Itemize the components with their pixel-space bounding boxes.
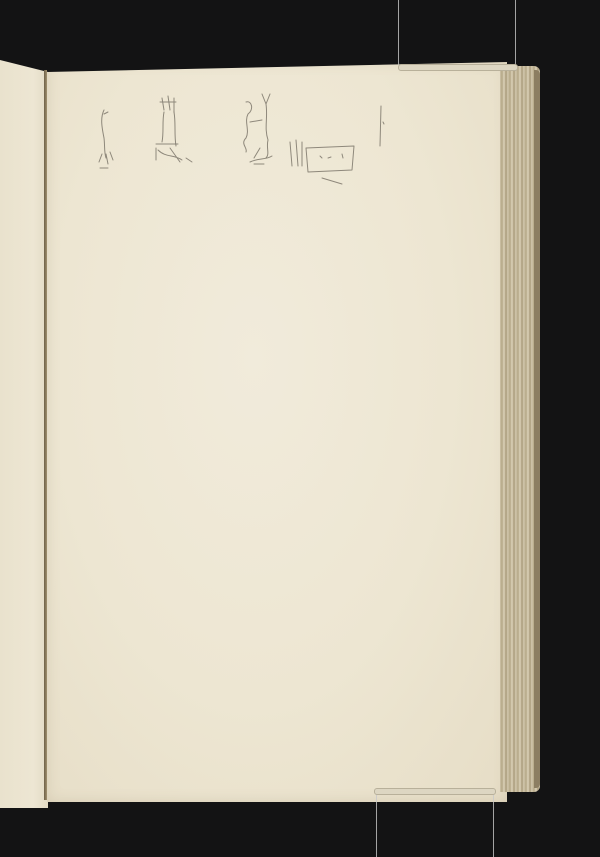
book-gutter	[44, 70, 47, 800]
left-page	[0, 58, 48, 808]
bottom-page-clip-bar	[374, 788, 496, 795]
top-page-clip-bar	[398, 64, 518, 71]
sketch-figure-pair-3	[244, 94, 272, 164]
page-edges-shadow	[534, 70, 540, 788]
sketch-vertical-stroke-5	[380, 106, 384, 146]
sketch-boxed-4	[290, 140, 354, 184]
bottom-page-clip-wire	[376, 790, 494, 857]
top-page-clip-wire	[398, 0, 516, 69]
pencil-sketches	[90, 88, 410, 198]
sketch-figure-group-2	[156, 96, 192, 162]
sketch-standing-figure-1	[99, 110, 113, 168]
